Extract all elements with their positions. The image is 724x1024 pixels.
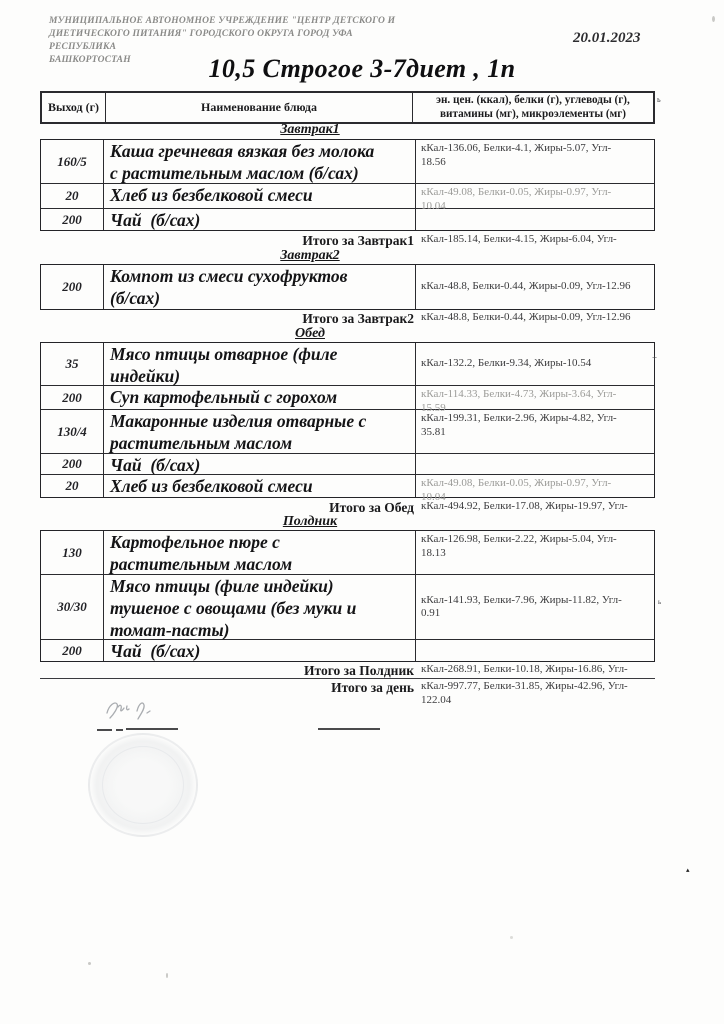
table-row: 35 Мясо птицы отварное (филе индейки) кК… bbox=[41, 343, 654, 386]
portion-cell: 200 bbox=[41, 454, 104, 474]
portion-cell: 130/4 bbox=[41, 410, 104, 453]
subtotal-breakfast1: Итого за Завтрак1 кКал-185.14, Белки-4.1… bbox=[40, 233, 655, 249]
nutrition-cell: кКал-141.93, Белки-7.96, Жиры-11.82, Угл… bbox=[416, 575, 654, 639]
section-heading-breakfast1: Завтрак1 bbox=[0, 122, 620, 138]
nutrition-cell: кКал-199.31, Белки-2.96, Жиры-4.82, Угл-… bbox=[416, 410, 654, 453]
menu-table-snack: 130 Картофельное пюре с растительным мас… bbox=[40, 530, 655, 662]
portion-cell: 200 bbox=[41, 386, 104, 409]
table-row: 160/5 Каша гречневая вязкая без молока с… bbox=[41, 140, 654, 184]
subtotal-value: кКал-48.8, Белки-0.44, Жиры-0.09, Угл-12… bbox=[417, 311, 655, 327]
stamp-inner-ring bbox=[102, 746, 184, 824]
dish-name-cell: Компот из смеси сухофруктов (б/сах) bbox=[104, 265, 416, 309]
scan-artifact: ь bbox=[658, 598, 661, 606]
portion-cell: 200 bbox=[41, 209, 104, 230]
handwritten-signature bbox=[93, 697, 173, 729]
day-total-value: кКал-997.77, Белки-31.85, Жиры-42.96, Уг… bbox=[417, 680, 655, 707]
header-nutrition: эн. цен. (ккал), белки (г), углеводы (г)… bbox=[413, 93, 653, 122]
nutrition-cell: кКал-48.8, Белки-0.44, Жиры-0.09, Угл-12… bbox=[416, 265, 654, 309]
dish-name-cell: Макаронные изделия отварные с растительн… bbox=[104, 410, 416, 453]
dish-name-cell: Мясо птицы отварное (филе индейки) bbox=[104, 343, 416, 385]
nutrition-cell: кКал-114.33, Белки-4.73, Жиры-3.64, Угл-… bbox=[416, 386, 654, 409]
table-row: 200 Чай (б/сах) bbox=[41, 640, 654, 661]
dish-name-cell: Хлеб из безбелковой смеси bbox=[104, 475, 416, 497]
document-date: 20.01.2023 bbox=[573, 30, 641, 47]
menu-table-lunch: 35 Мясо птицы отварное (филе индейки) кК… bbox=[40, 342, 655, 498]
menu-table-breakfast2: 200 Компот из смеси сухофруктов (б/сах) … bbox=[40, 264, 655, 310]
scan-speck bbox=[88, 962, 91, 965]
section-heading-lunch: Обед bbox=[0, 326, 620, 342]
subtotal-label: Итого за Завтрак1 bbox=[40, 233, 417, 249]
scan-artifact: ▴ bbox=[686, 866, 690, 874]
dish-name-cell: Картофельное пюре с растительным маслом bbox=[104, 531, 416, 574]
portion-cell: 35 bbox=[41, 343, 104, 385]
portion-cell: 130 bbox=[41, 531, 104, 574]
dish-name-cell: Каша гречневая вязкая без молока с расти… bbox=[104, 140, 416, 183]
scan-artifact: + bbox=[652, 354, 657, 362]
signature-line bbox=[116, 729, 123, 731]
subtotal-breakfast2: Итого за Завтрак2 кКал-48.8, Белки-0.44,… bbox=[40, 311, 655, 327]
table-row: 30/30 Мясо птицы (филе индейки) тушеное … bbox=[41, 575, 654, 640]
signature-line bbox=[97, 729, 112, 731]
table-row: 130 Картофельное пюре с растительным мас… bbox=[41, 531, 654, 575]
portion-cell: 30/30 bbox=[41, 575, 104, 639]
section-heading-snack: Полдник bbox=[0, 514, 620, 530]
subtotal-value: кКал-268.91, Белки-10.18, Жиры-16.86, Уг… bbox=[417, 663, 655, 679]
nutrition-cell: кКал-49.08, Белки-0.05, Жиры-0.97, Угл- … bbox=[416, 184, 654, 208]
dish-name-cell: Мясо птицы (филе индейки) тушеное с овощ… bbox=[104, 575, 416, 639]
header-dish: Наименование блюда bbox=[106, 93, 413, 122]
dish-name-cell: Суп картофельный с горохом bbox=[104, 386, 416, 409]
portion-cell: 200 bbox=[41, 640, 104, 661]
subtotal-snack: Итого за Полдник кКал-268.91, Белки-10.1… bbox=[40, 663, 655, 679]
dish-name-cell: Чай (б/сах) bbox=[104, 209, 416, 230]
scan-speck bbox=[166, 973, 168, 978]
page-title: 10,5 Строгое 3-7диет , 1п bbox=[0, 54, 724, 84]
signature-line bbox=[126, 728, 178, 730]
table-row: 200 Компот из смеси сухофруктов (б/сах) … bbox=[41, 265, 654, 309]
dish-name-cell: Хлеб из безбелковой смеси bbox=[104, 184, 416, 208]
header-portion: Выход (г) bbox=[42, 93, 106, 122]
nutrition-cell bbox=[416, 640, 654, 661]
portion-cell: 160/5 bbox=[41, 140, 104, 183]
nutrition-cell: кКал-136.06, Белки-4.1, Жиры-5.07, Угл- … bbox=[416, 140, 654, 183]
scan-speck bbox=[712, 16, 715, 22]
table-row: 200 Чай (б/сах) bbox=[41, 209, 654, 230]
subtotal-label: Итого за Полдник bbox=[40, 663, 417, 679]
table-row: 20 Хлеб из безбелковой смеси кКал-49.08,… bbox=[41, 184, 654, 209]
dish-name-cell: Чай (б/сах) bbox=[104, 454, 416, 474]
table-row: 200 Чай (б/сах) bbox=[41, 454, 654, 475]
second-signature-line bbox=[318, 728, 380, 730]
dish-name-cell: Чай (б/сах) bbox=[104, 640, 416, 661]
table-header-row: Выход (г) Наименование блюда эн. цен. (к… bbox=[40, 91, 655, 124]
scan-speck bbox=[510, 936, 513, 939]
nutrition-cell bbox=[416, 454, 654, 474]
nutrition-cell bbox=[416, 209, 654, 230]
subtotal-value: кКал-185.14, Белки-4.15, Жиры-6.04, Угл- bbox=[417, 233, 655, 249]
section-heading-breakfast2: Завтрак2 bbox=[0, 248, 620, 264]
nutrition-cell: кКал-126.98, Белки-2.22, Жиры-5.04, Угл-… bbox=[416, 531, 654, 574]
table-row: 130/4 Макаронные изделия отварные с раст… bbox=[41, 410, 654, 454]
nutrition-cell: кКал-49.08, Белки-0.05, Жиры-0.97, Угл- … bbox=[416, 475, 654, 497]
scanned-menu-document: МУНИЦИПАЛЬНОЕ АВТОНОМНОЕ УЧРЕЖДЕНИЕ "ЦЕН… bbox=[0, 0, 724, 1024]
table-row: 200 Суп картофельный с горохом кКал-114.… bbox=[41, 386, 654, 410]
portion-cell: 20 bbox=[41, 184, 104, 208]
portion-cell: 20 bbox=[41, 475, 104, 497]
totals-divider bbox=[40, 678, 655, 679]
subtotal-label: Итого за Завтрак2 bbox=[40, 311, 417, 327]
scan-artifact: ь bbox=[657, 96, 661, 104]
round-stamp bbox=[88, 733, 198, 837]
nutrition-cell: кКал-132.2, Белки-9.34, Жиры-10.54 bbox=[416, 343, 654, 385]
table-row: 20 Хлеб из безбелковой смеси кКал-49.08,… bbox=[41, 475, 654, 497]
portion-cell: 200 bbox=[41, 265, 104, 309]
menu-table-breakfast1: 160/5 Каша гречневая вязкая без молока с… bbox=[40, 139, 655, 231]
